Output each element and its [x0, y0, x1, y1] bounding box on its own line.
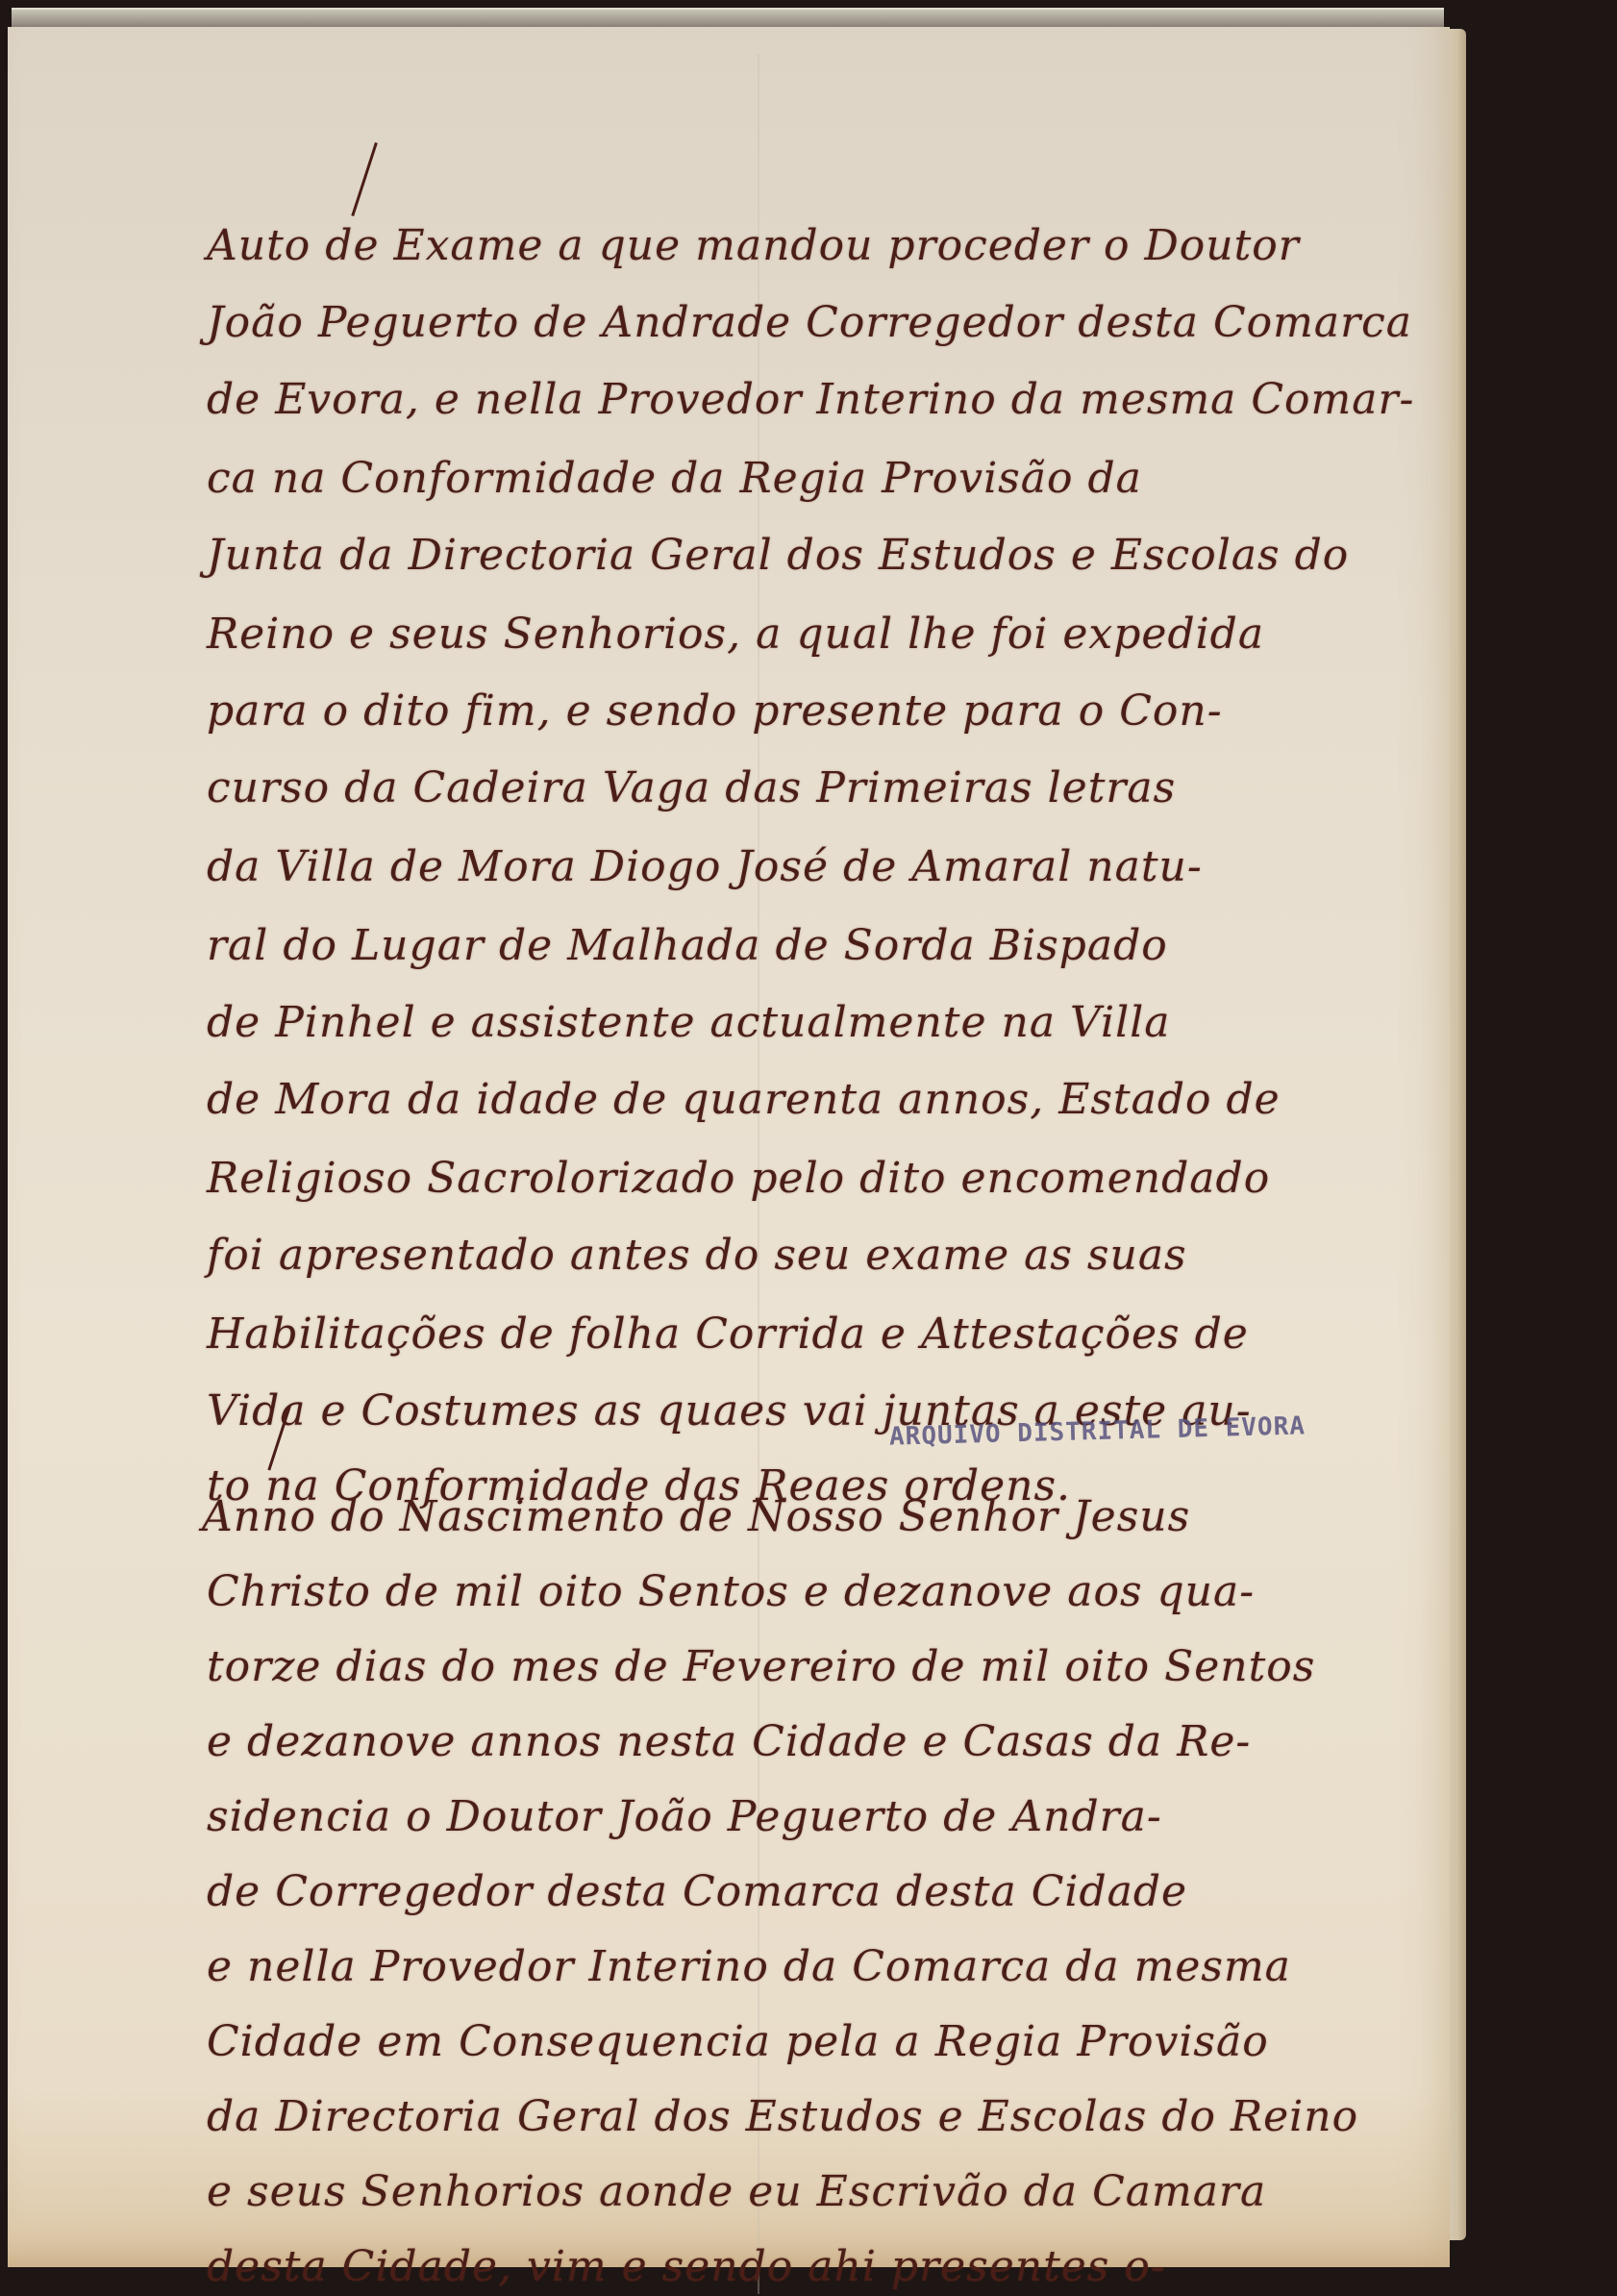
text-line: curso da Cadeira Vaga das Primeiras letr…: [207, 763, 1176, 812]
text-line: Habilitações de folha Corrida e Attestaç…: [207, 1310, 1249, 1359]
text-line: ca na Conformidade da Regia Provisão da: [207, 454, 1142, 503]
text-line: desta Cidade, vim e sendo ahi presentes …: [207, 2242, 1166, 2291]
text-line: de Pinhel e assistente actualmente na Vi…: [207, 998, 1171, 1047]
text-line: para o dito fim, e sendo presente para o…: [207, 686, 1223, 736]
text-line: Reino e seus Senhorios, a qual lhe foi e…: [207, 610, 1264, 659]
text-line: da Directoria Geral dos Estudos e Escola…: [207, 2092, 1358, 2141]
text-line: Christo de mil oito Sentos e dezanove ao…: [207, 1567, 1255, 1616]
text-line: sidencia o Doutor João Peguerto de Andra…: [207, 1792, 1162, 1841]
text-line: de Corregedor desta Comarca desta Cidade: [207, 1867, 1187, 1916]
text-line: Junta da Directoria Geral dos Estudos e …: [207, 531, 1349, 580]
text-line: e seus Senhorios aonde eu Escrivão da Ca…: [207, 2167, 1266, 2216]
text-line: e nella Provedor Interino da Comarca da …: [207, 1942, 1291, 1991]
text-line: Auto de Exame a que mandou proceder o Do…: [207, 221, 1300, 270]
text-line: Religioso Sacrolorizado pelo dito encome…: [207, 1154, 1270, 1203]
text-line: Cidade em Consequencia pela a Regia Prov…: [207, 2017, 1269, 2066]
text-line: ral do Lugar de Malhada de Sorda Bispado: [207, 921, 1168, 970]
text-line: de Evora, e nella Provedor Interino da m…: [207, 375, 1414, 424]
manuscript-page: [8, 27, 1450, 2267]
text-line: de Mora da idade de quarenta annos, Esta…: [207, 1075, 1281, 1124]
text-line: Anno do Nascimento de Nosso Senhor Jesus: [202, 1492, 1190, 1541]
text-line: e dezanove annos nesta Cidade e Casas da…: [207, 1717, 1251, 1766]
scan-frame: Auto de Exame a que mandou proceder o Do…: [0, 0, 1617, 2296]
text-line: da Villa de Mora Diogo José de Amaral na…: [207, 842, 1203, 891]
text-line: foi apresentado antes do seu exame as su…: [207, 1231, 1187, 1280]
text-line: João Peguerto de Andrade Corregedor dest…: [207, 298, 1412, 347]
text-line: torze dias do mes de Fevereiro de mil oi…: [207, 1642, 1315, 1691]
